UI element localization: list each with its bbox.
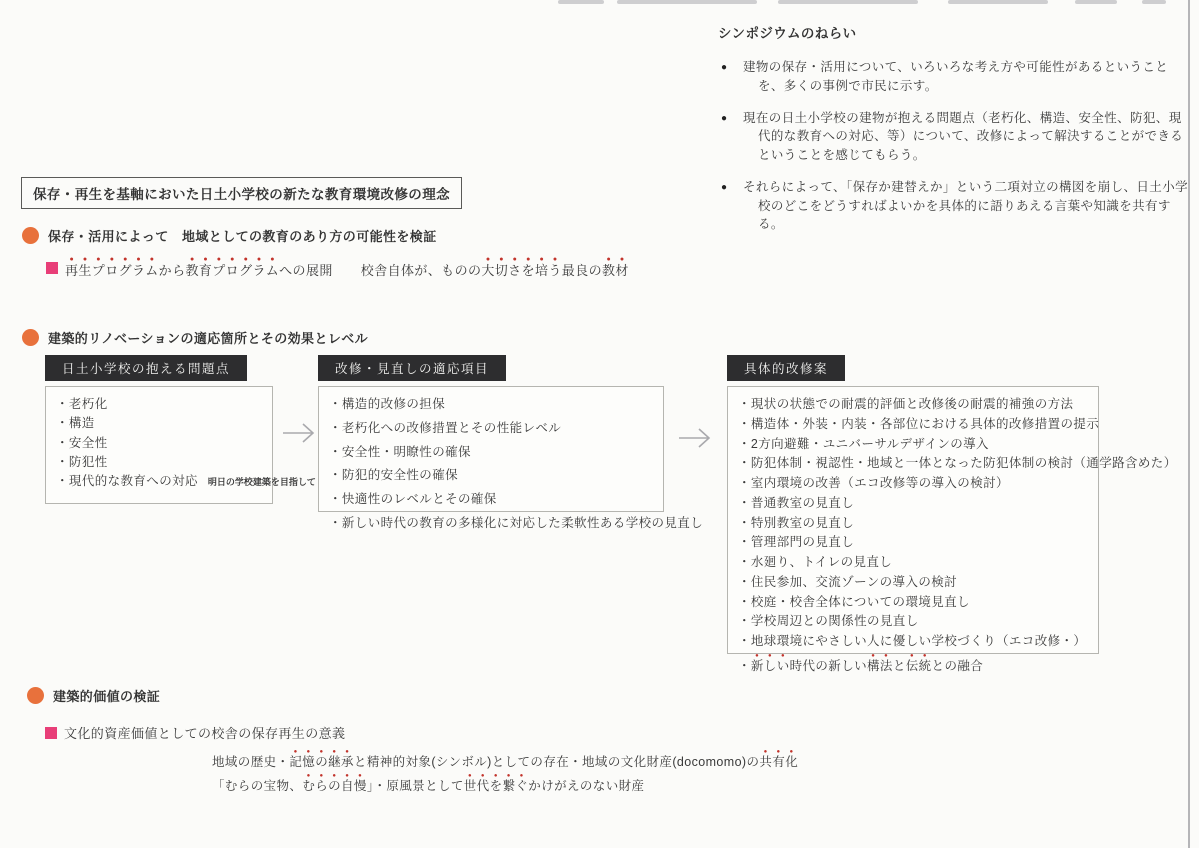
proposal-item: ・防犯体制・視認性・地域と一体となった防犯体制の検討（通学路含めた）: [738, 455, 1088, 472]
preservation-subline: 再生プログラムから教育プログラムへの展開 校舎自体が、ものの大切さを培う最良の教…: [46, 256, 629, 279]
concept-title-text: 保存・再生を基軸においた日土小学校の新たな教育環境改修の理念: [33, 187, 450, 202]
concrete-proposals-box: ・現状の状態での耐震的評価と改修後の耐震的補強の方法・構造体・外装・内装・各部位…: [727, 386, 1099, 654]
section-renovation-heading-text: 建築的リノベーションの適応箇所とその効果とレベル: [48, 328, 368, 347]
problem-item: ・現代的な教育への対応明日の学校建築を目指して: [56, 473, 262, 490]
emphasized-text: 再生プログラム: [65, 263, 159, 278]
section-preservation-heading-text: 保存・活用によって 地域としての教育のあり方の可能性を検証: [48, 226, 437, 245]
symposium-aim-item: ●現在の日土小学校の建物が抱える問題点（老朽化、構造、安全性、防犯、現代的な教育…: [718, 109, 1190, 165]
item-text: 現在の日土小学校の建物が抱える問題点（老朽化、構造、安全性、防犯、現代的な教育へ…: [743, 111, 1183, 163]
scan-artifact: [617, 0, 757, 4]
symposium-aim-item: ●建物の保存・活用について、いろいろな考え方や可能性があるということを、多くの事…: [718, 58, 1190, 96]
proposal-item: ・現状の状態での耐震的評価と改修後の耐震的補強の方法: [738, 396, 1088, 413]
emphasized-text: 新しい: [751, 659, 790, 673]
proposal-item: ・特別教室の見直し: [738, 515, 1088, 532]
text-segment: 時代の新しい: [790, 659, 867, 673]
pink-square-bullet-icon: [46, 262, 58, 274]
bullet-icon: ●: [721, 60, 727, 75]
text-segment: 校舎自体が、ものの: [361, 263, 482, 278]
arrow-right-icon: [678, 424, 714, 452]
text-segment: と精神的対象(シンボル)としての存在・地域の文化財産(docomomo)の: [354, 755, 759, 769]
value-subline: 文化的資産価値としての校舎の保存再生の意義: [45, 723, 345, 742]
emphasized-text: むらの自慢: [302, 779, 367, 793]
renewal-items-box-header: 改修・見直しの適応項目: [318, 355, 506, 381]
problems-box-header: 日土小学校の抱える問題点: [45, 355, 247, 381]
proposal-item: ・学校周辺との関係性の見直し: [738, 613, 1088, 630]
symposium-aims-list: ●建物の保存・活用について、いろいろな考え方や可能性があるということを、多くの事…: [718, 58, 1190, 234]
emphasized-text: 伝統: [906, 659, 932, 673]
cultural-asset-text: 文化的資産価値としての校舎の保存再生の意義: [64, 723, 345, 742]
village-treasure-line: 「むらの宝物、むらの自慢」・原風景として世代を繋ぐかけがえのない財産: [212, 773, 644, 794]
proposal-item: ・室内環境の改善（エコ改修等の導入の検討）: [738, 475, 1088, 492]
proposal-item: ・住民参加、交流ゾーンの導入の検討: [738, 574, 1088, 591]
emphasized-text: 共有化: [759, 755, 798, 769]
bullet-icon: ●: [721, 180, 727, 195]
text-segment: と: [893, 659, 906, 673]
problem-item: ・構造: [56, 415, 262, 432]
problems-box: ・老朽化・構造・安全性・防犯性・現代的な教育への対応明日の学校建築を目指して: [45, 386, 273, 504]
regional-history-line: 地域の歴史・記憶の継承と精神的対象(シンボル)としての存在・地域の文化財産(do…: [212, 749, 798, 770]
section-value-heading: 建築的価値の検証: [27, 686, 160, 705]
problem-item: ・防犯性: [56, 454, 262, 471]
document-page: シンポジウムのねらい ●建物の保存・活用について、いろいろな考え方や可能性がある…: [0, 0, 1199, 848]
emphasized-text: 大切さを培う: [481, 263, 561, 278]
scan-artifact: [948, 0, 1048, 4]
problem-item: ・老朽化: [56, 396, 262, 413]
orange-circle-bullet-icon: [27, 687, 44, 704]
renewal-item: ・構造的改修の担保: [329, 396, 653, 413]
renewal-item: ・防犯的安全性の確保: [329, 467, 653, 484]
section-preservation-heading: 保存・活用によって 地域としての教育のあり方の可能性を検証: [22, 226, 437, 245]
orange-circle-bullet-icon: [22, 329, 39, 346]
scan-artifact: [558, 0, 604, 4]
concept-title-box: 保存・再生を基軸においた日土小学校の新たな教育環境改修の理念: [21, 177, 462, 209]
section-value-heading-text: 建築的価値の検証: [53, 686, 160, 705]
renewal-item: ・安全性・明瞭性の確保: [329, 444, 653, 461]
proposal-item: ・普通教室の見直し: [738, 495, 1088, 512]
orange-circle-bullet-icon: [22, 227, 39, 244]
proposal-item: ・2方向避難・ユニバーサルデザインの導入: [738, 436, 1088, 453]
item-text: それらによって、「保存か建替えか」という二項対立の構図を崩し、日土小学校のどこを…: [743, 180, 1188, 232]
proposal-item: ・校庭・校舎全体についての環境見直し: [738, 594, 1088, 611]
text-segment: 最良の: [562, 263, 602, 278]
emphasized-text: 構法: [867, 659, 893, 673]
text-segment: 」・原風景として: [367, 779, 464, 793]
emphasized-text: 記憶の継承: [289, 755, 354, 769]
concrete-proposals-box-header: 具体的改修案: [727, 355, 845, 381]
proposal-item: ・管理部門の見直し: [738, 534, 1088, 551]
renewal-items-box: ・構造的改修の担保・老朽化への改修措置とその性能レベル・安全性・明瞭性の確保・防…: [318, 386, 664, 512]
scan-artifact: [1142, 0, 1166, 4]
text-segment: 地域の歴史・: [212, 755, 289, 769]
emphasized-text: 教育プログラム: [185, 263, 279, 278]
text-segment: ・: [738, 659, 751, 673]
item-text: 建物の保存・活用について、いろいろな考え方や可能性があるということを、多くの事例…: [743, 60, 1168, 93]
renewal-item: ・老朽化への改修措置とその性能レベル: [329, 420, 653, 437]
proposal-item: ・地球環境にやさしい人に優しい学校づくり（エコ改修・）: [738, 633, 1088, 650]
proposal-item: ・構造体・外装・内装・各部位における具体的改修措置の提示: [738, 416, 1088, 433]
symposium-aims-section: シンポジウムのねらい ●建物の保存・活用について、いろいろな考え方や可能性がある…: [718, 22, 1190, 247]
arrow-right-icon: [282, 419, 318, 447]
text-segment: から: [159, 263, 186, 278]
item-note: 明日の学校建築を目指して: [208, 477, 316, 487]
text-segment: への展開: [279, 263, 333, 278]
proposal-item: ・新しい時代の新しい構法と伝統との融合: [738, 653, 1088, 675]
problem-item: ・安全性: [56, 435, 262, 452]
renewal-item: ・新しい時代の教育の多様化に対応した柔軟性ある学校の見直し: [329, 515, 653, 532]
scan-artifact: [1075, 0, 1117, 4]
program-development-text: 再生プログラムから教育プログラムへの展開: [65, 256, 333, 279]
bullet-icon: ●: [721, 111, 727, 126]
symposium-aim-item: ●それらによって、「保存か建替えか」という二項対立の構図を崩し、日土小学校のどこ…: [718, 178, 1190, 234]
emphasized-text: 世代を繋ぐ: [464, 779, 529, 793]
scan-artifact: [778, 0, 918, 4]
pink-square-bullet-icon: [45, 727, 57, 739]
symposium-aims-title: シンポジウムのねらい: [718, 22, 1190, 42]
renewal-item: ・快適性のレベルとその確保: [329, 491, 653, 508]
proposal-item: ・水廻り、トイレの見直し: [738, 554, 1088, 571]
emphasized-text: 教材: [602, 263, 629, 278]
text-segment: との融合: [932, 659, 984, 673]
school-as-material-text: 校舎自体が、ものの大切さを培う最良の教材: [361, 256, 629, 279]
item-text: ・現代的な教育への対応: [56, 474, 198, 488]
text-segment: かけがえのない財産: [528, 779, 644, 793]
section-renovation-heading: 建築的リノベーションの適応箇所とその効果とレベル: [22, 328, 368, 347]
text-segment: 「むらの宝物、: [212, 779, 302, 793]
